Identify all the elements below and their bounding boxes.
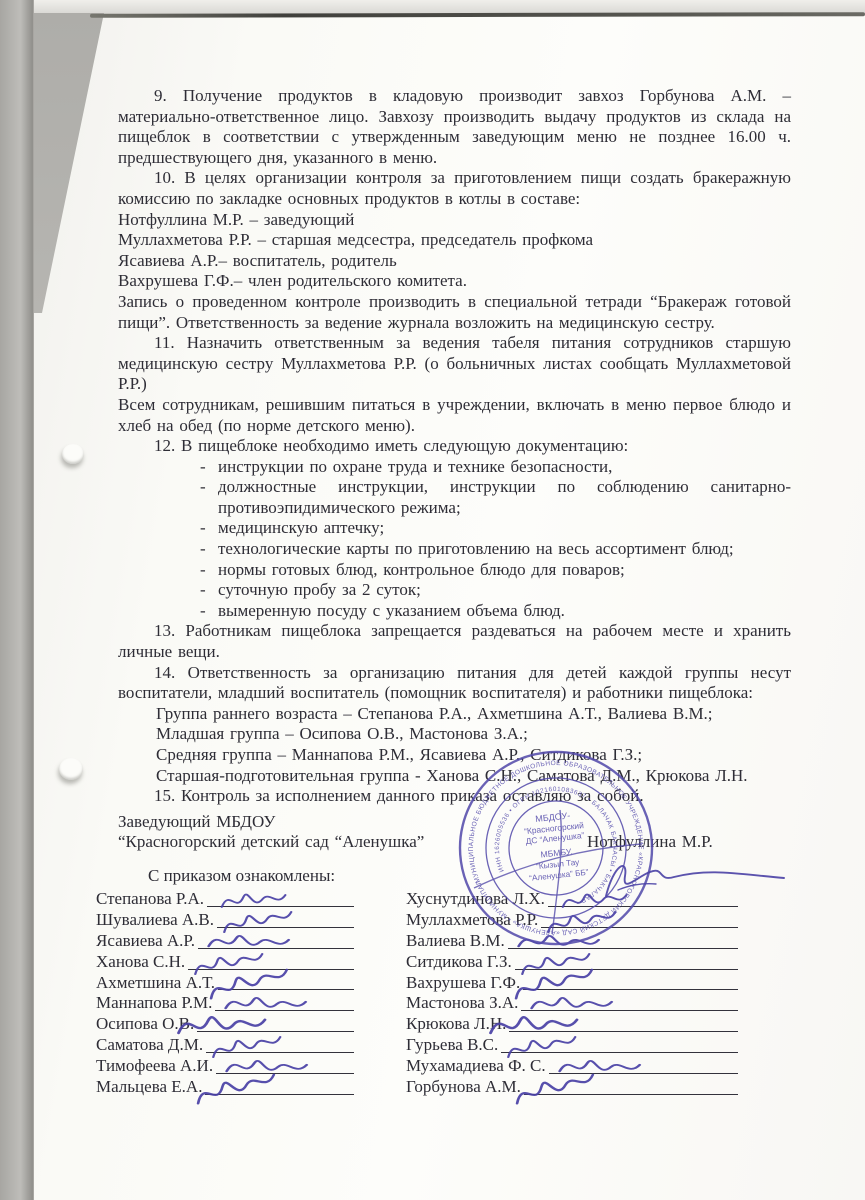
group-assignment: Группа раннего возраста – Степанова Р.А.… xyxy=(118,704,791,725)
list-item: - суточную пробу за 2 суток; xyxy=(118,580,791,601)
order-item-11-note: Всем сотрудникам, решившим питаться в уч… xyxy=(118,395,791,436)
list-item: - вымеренную посуду с указанием объема б… xyxy=(118,601,791,622)
commission-member: Вахрушева Г.Ф.– член родительского комит… xyxy=(118,271,791,292)
director-signature xyxy=(592,850,792,916)
commission-member: Ясавиева А.Р.– воспитатель, родитель xyxy=(118,251,791,272)
employee-name: Ханова С.Н. xyxy=(96,952,188,973)
group-assignment: Средняя группа – Маннапова Р.М., Ясавиев… xyxy=(118,745,791,766)
employee-name: Тимофеева А.И. xyxy=(96,1056,216,1077)
signature-line xyxy=(501,1035,738,1053)
list-item: - нормы готовых блюд, контрольное блюдо … xyxy=(118,560,791,581)
order-item-11: 11. Назначить ответственным за ведения т… xyxy=(118,333,791,395)
group-assignment: Старшая-подготовительная группа - Ханова… xyxy=(118,766,791,787)
employee-name: Ситдикова Г.З. xyxy=(406,952,515,973)
dash-bullet: - xyxy=(200,601,218,622)
commission-list: Нотфуллина М.Р. – заведующийМуллахметова… xyxy=(118,210,791,292)
order-item-12: 12. В пищеблоке необходимо иметь следующ… xyxy=(118,436,791,457)
order-item-9: 9. Получение продуктов в кладовую произв… xyxy=(118,86,791,168)
group-assignment: Младшая группа – Осипова О.В., Мастонова… xyxy=(118,724,791,745)
order-text-block: 9. Получение продуктов в кладовую произв… xyxy=(118,86,791,853)
employee-name: Саматова Д.М. xyxy=(96,1035,206,1056)
kitchen-documents-list: - инструкции по охране труда и технике б… xyxy=(118,457,791,622)
order-item-15: 15. Контроль за исполнением данного прик… xyxy=(118,786,791,807)
dash-bullet: - xyxy=(200,477,218,518)
signature-line xyxy=(217,910,354,928)
groups-list: Группа раннего возраста – Степанова Р.А.… xyxy=(118,704,791,786)
dash-bullet: - xyxy=(200,457,218,478)
commission-member: Нотфуллина М.Р. – заведующий xyxy=(118,210,791,231)
employee-name: Гурьева В.С. xyxy=(406,1035,501,1056)
dash-bullet: - xyxy=(200,560,218,581)
signature-row: Степанова Р.А. xyxy=(96,889,354,910)
official-round-stamp: МУНИЦИПАЛЬНОЕ БЮДЖЕТНОЕ ДОШКОЛЬНОЕ ОБРАЗ… xyxy=(456,748,656,948)
commission-member: Муллахметова Р.Р. – старшая медсестра, п… xyxy=(118,230,791,251)
signoff-block: Заведующий МБДОУ “Красногорский детский … xyxy=(118,812,791,853)
hole-punch-bottom xyxy=(59,758,83,780)
signature-row: Мальцева Е.А. xyxy=(96,1077,354,1098)
order-item-13: 13. Работникам пищеблока запрещается раз… xyxy=(118,621,791,662)
order-item-10-note: Запись о проведенном контроле производит… xyxy=(118,292,791,333)
list-item: - технологические карты по приготовлению… xyxy=(118,539,791,560)
employee-name: Ясавиева А.Р. xyxy=(96,931,198,952)
order-item-14: 14. Ответственность за организацию питан… xyxy=(118,663,791,704)
dash-bullet: - xyxy=(200,518,218,539)
signature-line xyxy=(205,1077,354,1095)
acknowledgement-left-column: Степанова Р.А. Шувалиева А.В. Ясавиева А… xyxy=(96,889,354,1098)
employee-name: Шувалиева А.В. xyxy=(96,910,217,931)
employee-name: Ахметшина А.Т. xyxy=(96,973,218,994)
employee-name: Степанова Р.А. xyxy=(96,889,207,910)
dash-bullet: - xyxy=(200,539,218,560)
order-item-10: 10. В целях организации контроля за приг… xyxy=(118,168,791,209)
list-item: - должностные инструкции, инструкции по … xyxy=(118,477,791,518)
list-item: - медицинскую аптечку; xyxy=(118,518,791,539)
signature-row: Горбунова А.М. xyxy=(406,1077,738,1098)
organization-name: “Красногорский детский сад “Аленушка” xyxy=(118,832,424,851)
hole-punch-top xyxy=(62,444,84,464)
scanner-background-left xyxy=(0,0,34,1200)
signature-line xyxy=(198,931,354,949)
signature-line xyxy=(524,1077,738,1095)
signoff-position-line1: Заведующий МБДОУ xyxy=(118,812,791,833)
dash-bullet: - xyxy=(200,580,218,601)
list-item: - инструкции по охране труда и технике б… xyxy=(118,457,791,478)
